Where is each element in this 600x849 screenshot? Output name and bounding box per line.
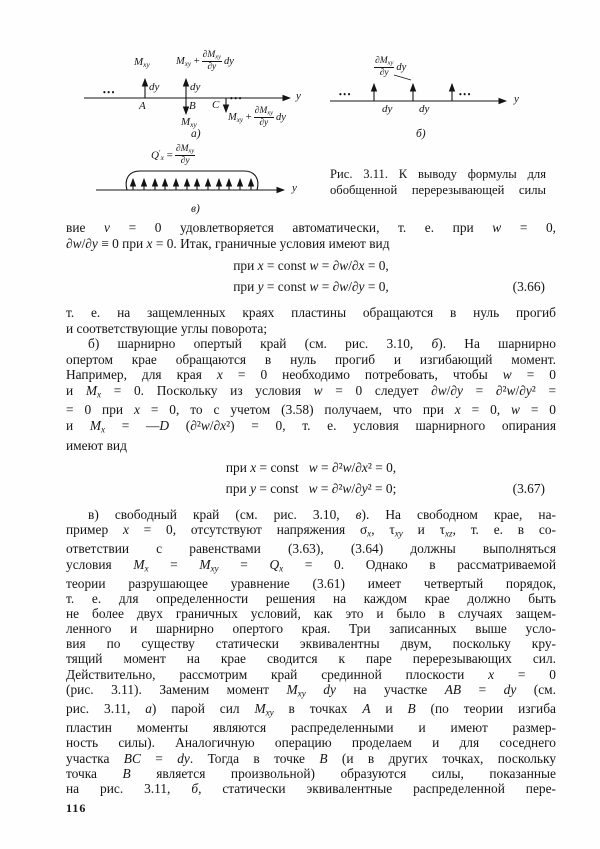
- equation-row: при x = const w = ∂w/∂x = 0,: [66, 255, 556, 276]
- text-line: ность силы). Аналогичную операцию продел…: [66, 735, 556, 750]
- equation-block: при x = const w = ∂²w/∂x² = 0,при y = co…: [66, 457, 556, 499]
- text-line: опертом крае обращаются в нуль прогиб и …: [66, 352, 556, 368]
- fig-b-axis-label-y: y: [514, 93, 519, 105]
- text-line: вие v = 0 удовлетворяется автоматически,…: [66, 220, 556, 236]
- text-line: ленного и шарнирно опертого края. Три за…: [66, 621, 556, 636]
- text-line: б) шарнирно опертый край (см. рис. 3.10,…: [66, 336, 556, 352]
- fig-a-panel-tag: а): [191, 128, 201, 140]
- text-line: участка BC = dy. Тогда в точке B (и в др…: [66, 751, 556, 766]
- text-line: вия по существу статически эквивалентны …: [66, 636, 556, 651]
- text-line: (рис. 3.11). Заменим момент Mxy dy на уч…: [66, 682, 556, 701]
- equation-block: при x = const w = ∂w/∂x = 0,при y = cons…: [66, 255, 556, 297]
- fraction-numerator: ∂Mxy: [374, 56, 394, 68]
- text-line: теории разрушающее уравнение (3.61) имее…: [66, 576, 556, 591]
- fig-v-panel-tag: в): [191, 203, 200, 215]
- fig-b-dy-label-2: dy: [419, 103, 429, 115]
- fig-a-moment-b-post: dy: [224, 56, 234, 67]
- text-line: ответствии с равенствами (3.63), (3.64) …: [66, 541, 556, 556]
- equation-number: (3.66): [513, 276, 545, 297]
- text-line: не более двух граничных условий, как это…: [66, 606, 556, 621]
- fig-v-shear-lhs: Q′x =: [151, 148, 173, 162]
- fraction-denominator: ∂y: [181, 156, 190, 167]
- scanned-book-page: ••• Mxy dy Mxy + ∂Mxy ∂y dy dy A B C •••…: [0, 0, 600, 849]
- fig-v-axis-label-y: y: [292, 182, 297, 194]
- fig-v-derivative-fraction: ∂Mxy ∂y: [175, 144, 195, 167]
- text-line: условия Mx = Mxy = Qx = 0. Однако в расс…: [66, 557, 556, 576]
- fig-a-axis-label-y: y: [296, 90, 301, 102]
- figure-caption: Рис. 3.11. К выводу формулы для обобщенн…: [330, 167, 546, 198]
- fraction-numerator: ∂Mxy: [202, 50, 222, 62]
- page-number: 116: [66, 801, 600, 816]
- equation-row: при x = const w = ∂²w/∂x² = 0,: [66, 457, 556, 478]
- text-line: т. е. для определенности решения на кажд…: [66, 591, 556, 606]
- equation-number: (3.67): [513, 478, 545, 499]
- text-line: = 0 при x = 0, то с учетом (3.58) получа…: [66, 402, 556, 418]
- text-line: Например, для края x = 0 необходимо потр…: [66, 367, 556, 383]
- fig-a-moment-label-b-top: Mxy + ∂Mxy ∂y dy: [176, 50, 234, 73]
- equation-row: при y = const w = ∂w/∂y = 0,(3.66): [66, 276, 556, 297]
- body-text: вие v = 0 удовлетворяется автоматически,…: [66, 220, 556, 796]
- fig-a-moment-b-pre: Mxy +: [176, 56, 200, 68]
- fig-b-ellipsis-left: •••: [339, 90, 352, 99]
- fig-a-moment-label-a: Mxy: [134, 56, 150, 69]
- text-line: точка B является произвольной) образуютс…: [66, 766, 556, 781]
- text-line: в) свободный край (см. рис. 3.10, в). На…: [66, 507, 556, 522]
- fig-a-moment-c-pre: Mxy +: [228, 112, 252, 124]
- text-line: и Mx = —D (∂²w/∂x²) = 0, т. е. условия ш…: [66, 418, 556, 438]
- fig-b-derivative-label: ∂Mxy ∂y dy: [374, 56, 406, 79]
- fig-a-derivative-fraction-top: ∂Mxy ∂y: [202, 50, 222, 73]
- text-line: ∂w/∂y ≡ 0 при x = 0. Итак, граничные усл…: [66, 236, 556, 252]
- fig-v-shear-formula: Q′x = ∂Mxy ∂y: [151, 144, 195, 167]
- fig-a-point-c: C: [212, 99, 219, 111]
- text-line: имеют вид: [66, 438, 556, 454]
- figure-3-11: ••• Mxy dy Mxy + ∂Mxy ∂y dy dy A B C •••…: [0, 0, 600, 220]
- text-line: и соответствующие углы поворота;: [66, 321, 556, 337]
- text-line: пластин моменты являются распределенными…: [66, 720, 556, 735]
- fig-b-derivative-fraction: ∂Mxy ∂y: [374, 56, 394, 79]
- figure-caption-line-2: обобщенной перерезывающей силы: [330, 183, 546, 199]
- fig-b-dy-label-1: dy: [382, 103, 392, 115]
- text-line: на рис. 3.11, б, статически эквивалентны…: [66, 781, 556, 796]
- fig-a-moment-label-c-bottom: Mxy + ∂Mxy ∂y dy: [228, 106, 286, 129]
- equation-row: при y = const w = ∂²w/∂y² = 0;(3.67): [66, 478, 556, 499]
- figure-caption-line-1: Рис. 3.11. К выводу формулы для: [330, 167, 546, 183]
- fraction-numerator: ∂Mxy: [175, 144, 195, 156]
- fig-b-panel-tag: б): [416, 128, 426, 140]
- fig-a-dy-label-b: dy: [190, 81, 200, 93]
- text-line: рис. 3.11, а) парой сил Mxy в точках A и…: [66, 701, 556, 720]
- equation-content: при x = const w = ∂²w/∂x² = 0,: [226, 460, 396, 475]
- fraction-denominator: ∂y: [207, 62, 216, 73]
- fig-a-ellipsis-right: •••: [230, 94, 243, 103]
- text-line: пример x = 0, отсутствуют напряжения σx,…: [66, 522, 556, 541]
- text-line: т. е. на защемленных краях пластины обра…: [66, 305, 556, 321]
- text-line: тящий момент на крае сводится к паре пер…: [66, 651, 556, 666]
- fig-a-point-b: B: [189, 100, 196, 112]
- fraction-denominator: ∂y: [380, 68, 389, 79]
- text-line: Действительно, рассмотрим край срединной…: [66, 667, 556, 682]
- equation-content: при y = const w = ∂²w/∂y² = 0;: [226, 481, 397, 496]
- fig-b-derivative-post: dy: [396, 62, 406, 73]
- fig-a-point-a: A: [139, 100, 146, 112]
- equation-content: при x = const w = ∂w/∂x = 0,: [233, 258, 389, 273]
- fig-a-moment-c-post: dy: [276, 112, 286, 123]
- fig-a-ellipsis-left: •••: [103, 88, 116, 97]
- fraction-denominator: ∂y: [259, 118, 268, 129]
- fig-b-ellipsis-right: •••: [459, 90, 472, 99]
- fraction-numerator: ∂Mxy: [254, 106, 274, 118]
- equation-content: при y = const w = ∂w/∂y = 0,: [233, 279, 389, 294]
- fig-a-derivative-fraction-bottom: ∂Mxy ∂y: [254, 106, 274, 129]
- text-line: и Mx = 0. Поскольку из условия w = 0 сле…: [66, 383, 556, 403]
- fig-a-dy-label-a: dy: [149, 81, 159, 93]
